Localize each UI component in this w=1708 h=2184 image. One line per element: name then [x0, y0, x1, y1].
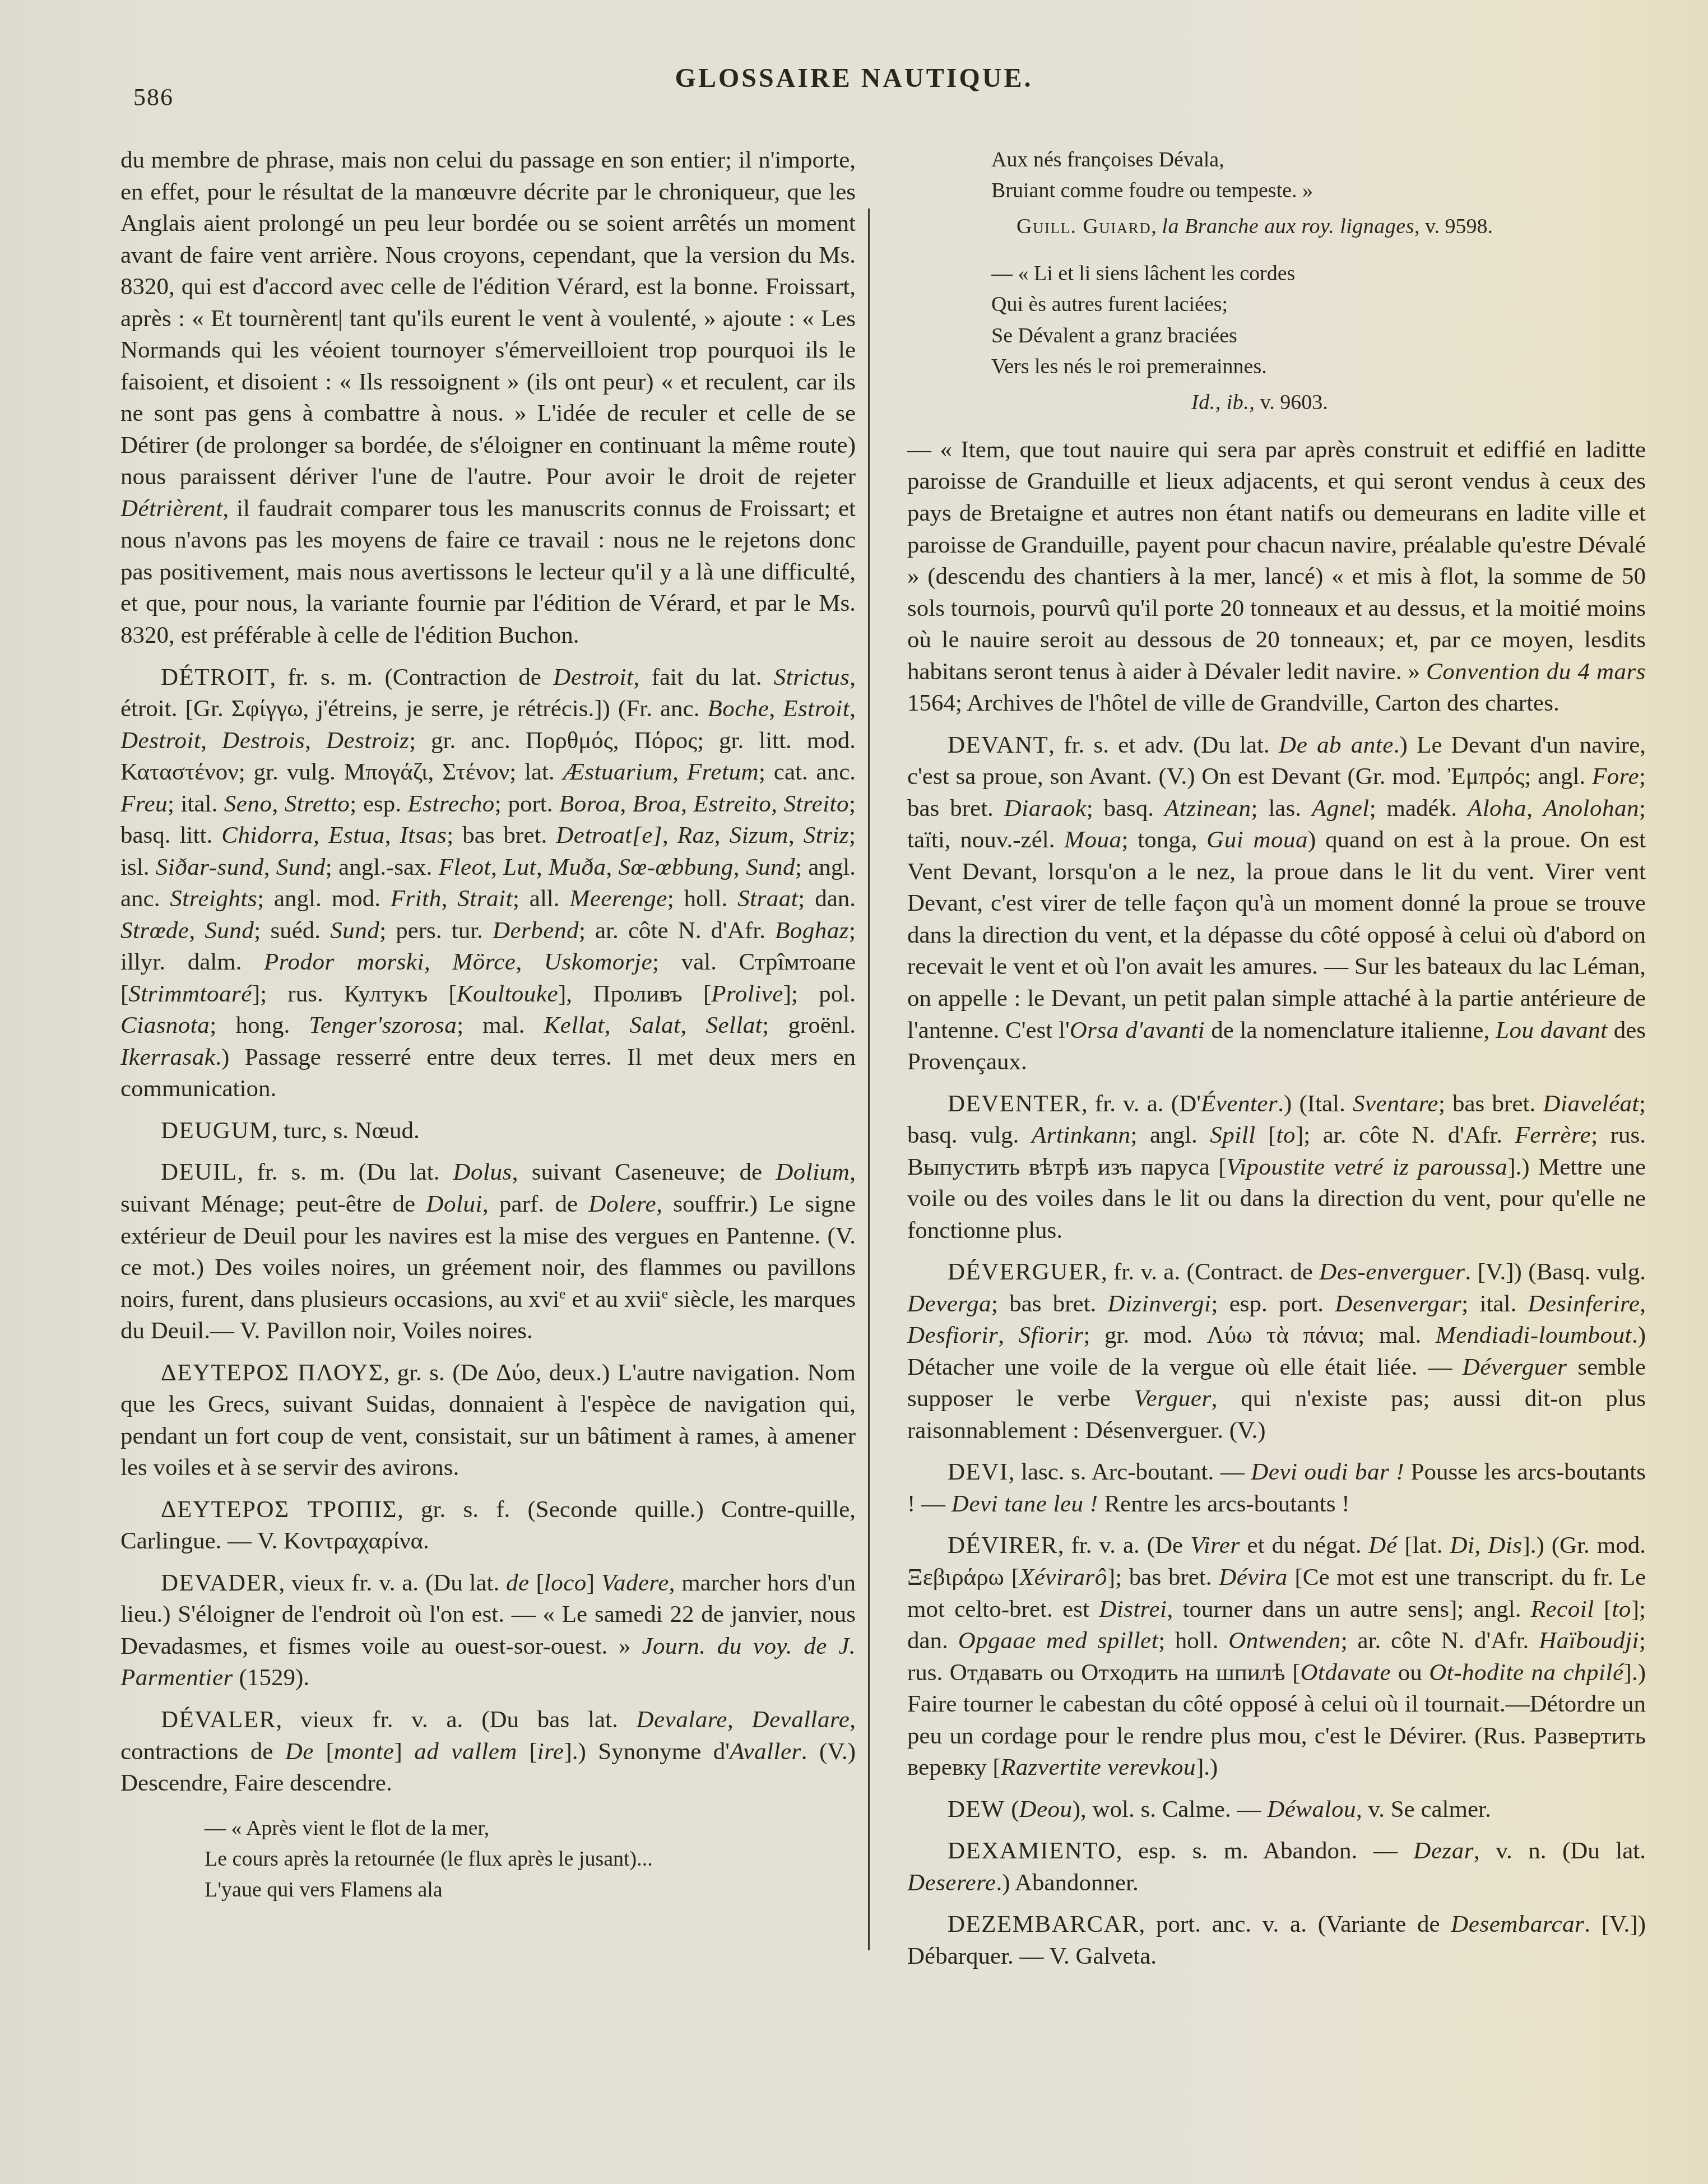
headword: DEVADER — [161, 1570, 279, 1596]
headword: DÉVALER — [161, 1707, 276, 1733]
headword: DEVANT — [948, 732, 1048, 758]
dictionary-entry: DÉVERGUER, fr. v. a. (Contract. de Des-e… — [907, 1256, 1646, 1446]
verse-line: Vers les nés le roi premerainnes. — [991, 351, 1646, 382]
verse-line: Qui ès autres furent laciées; — [991, 289, 1646, 320]
headword: DEW — [948, 1796, 1005, 1823]
verse-line: — « Après vient le flot de la mer, — [205, 1813, 856, 1844]
dictionary-entry: DEZEMBARCAR, port. anc. v. a. (Variante … — [907, 1909, 1646, 1972]
page-title: GLOSSAIRE NAUTIQUE. — [0, 63, 1708, 94]
verse-block: Aux nés françoises Dévala,Bruiant comme … — [991, 145, 1646, 206]
dictionary-entry: DEVANT, fr. s. et adv. (Du lat. De ab an… — [907, 730, 1646, 1078]
paragraph: du membre de phrase, mais non celui du p… — [120, 145, 856, 652]
left-column: du membre de phrase, mais non celui du p… — [120, 145, 856, 1976]
citation: Guill. Guiard, la Branche aux roy. ligna… — [1017, 212, 1646, 242]
dictionary-entry: DEUIL, fr. s. m. (Du lat. Dolus, suivant… — [120, 1157, 856, 1347]
verse-line: Bruiant comme foudre ou tempeste. » — [991, 175, 1646, 206]
dictionary-entry: DEXAMIENTO, esp. s. m. Abandon. — Dezar,… — [907, 1835, 1646, 1899]
headword: ΔΕΥΤΕΡΟΣ ΠΛΟΥΣ — [161, 1360, 383, 1386]
verse-block: — « Li et li siens lâchent les cordesQui… — [991, 258, 1646, 382]
headword: Guill. Guiard — [1017, 215, 1151, 238]
dictionary-entry: DEVI, lasc. s. Arc-boutant. — Devi oudi … — [907, 1457, 1646, 1520]
headword: DÉVIRER — [948, 1532, 1058, 1559]
dictionary-entry: DEW (Deou), wol. s. Calme. — Déwalou, v.… — [907, 1794, 1646, 1826]
verse-block: — « Après vient le flot de la mer,Le cou… — [205, 1813, 856, 1905]
dictionary-entry: DÉTROIT, fr. s. m. (Contraction de Destr… — [120, 662, 856, 1105]
headword: ΔΕΥΤΕΡΟΣ ΤΡΟΠΙΣ — [161, 1496, 397, 1523]
verse-line: — « Li et li siens lâchent les cordes — [991, 258, 1646, 289]
headword: DÉTROIT — [161, 664, 270, 690]
headword: DEUGUM — [161, 1117, 272, 1144]
dictionary-entry: ΔΕΥΤΕΡΟΣ ΤΡΟΠΙΣ, gr. s. f. (Seconde quil… — [120, 1494, 856, 1557]
dictionary-entry: ΔΕΥΤΕΡΟΣ ΠΛΟΥΣ, gr. s. (De Δύο, deux.) L… — [120, 1357, 856, 1484]
verse-line: L'yaue qui vers Flamens ala — [205, 1875, 856, 1905]
headword: DEZEMBARCAR — [948, 1911, 1139, 1937]
dictionary-entry: DÉVIRER, fr. v. a. (De Virer et du négat… — [907, 1530, 1646, 1783]
headword: DEXAMIENTO — [948, 1838, 1116, 1864]
verse-line: Aux nés françoises Dévala, — [991, 145, 1646, 175]
headword: DEVENTER — [948, 1091, 1082, 1117]
headword: DÉVERGUER — [948, 1259, 1101, 1285]
citation: Id., ib., v. 9603. — [907, 388, 1612, 418]
headword: DEVI — [948, 1459, 1009, 1485]
headword: DEUIL — [161, 1159, 237, 1185]
dictionary-entry: DÉVALER, vieux fr. v. a. (Du bas lat. De… — [120, 1704, 856, 1800]
dictionary-entry: DEVADER, vieux fr. v. a. (Du lat. de [lo… — [120, 1568, 856, 1694]
paragraph: — « Item, que tout nauire qui sera par a… — [907, 434, 1646, 720]
dictionary-entry: DEUGUM, turc, s. Nœud. — [120, 1115, 856, 1147]
right-column: Aux nés françoises Dévala,Bruiant comme … — [907, 145, 1646, 1976]
verse-line: Se Dévalent a granz braciées — [991, 321, 1646, 351]
verse-line: Le cours après la retournée (le flux apr… — [205, 1844, 856, 1875]
dictionary-entry: DEVENTER, fr. v. a. (D'Éventer.) (Ital. … — [907, 1088, 1646, 1247]
page-body: du membre de phrase, mais non celui du p… — [120, 145, 1646, 1976]
